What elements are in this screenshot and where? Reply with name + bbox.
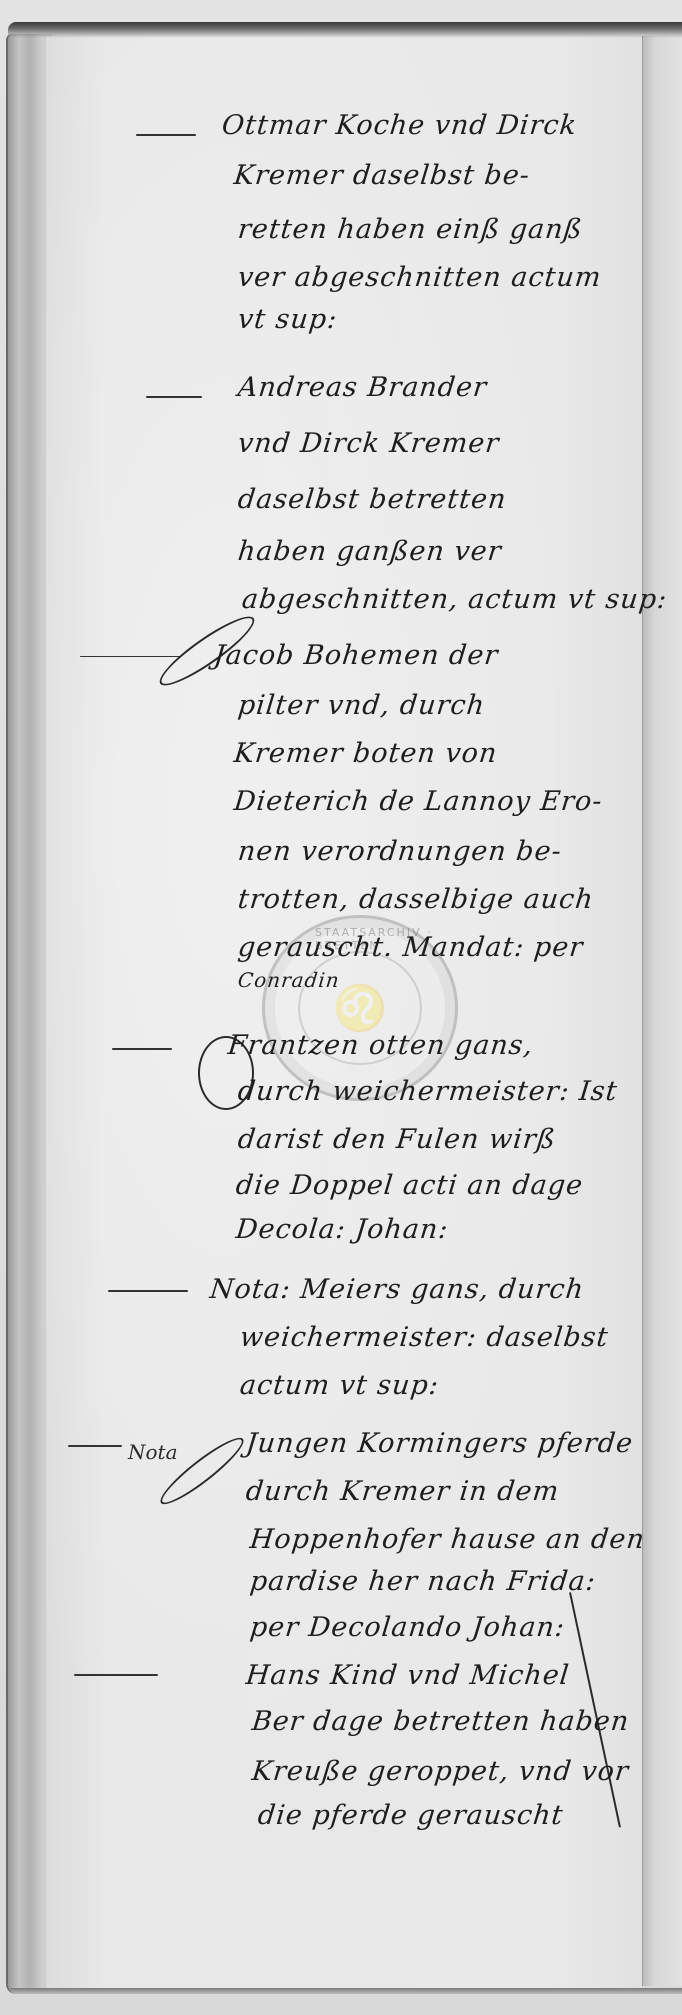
- manuscript-line: Hans Kind vnd Michel: [244, 1660, 571, 1691]
- margin-note-nota: Nota: [128, 1440, 178, 1464]
- manuscript-line: Kremer boten von: [232, 738, 499, 769]
- manuscript-line: die pferde gerauscht: [256, 1800, 565, 1831]
- manuscript-line: Hoppenhofer hause an den: [248, 1524, 646, 1555]
- manuscript-line: Ottmar Koche vnd Dirck: [220, 110, 578, 141]
- manuscript-line: Decola: Johan:: [234, 1214, 450, 1245]
- margin-dash: [108, 1290, 188, 1292]
- manuscript-line: Frantzen otten gans,: [226, 1030, 535, 1061]
- manuscript-line: vnd Dirck Kremer: [236, 428, 501, 459]
- manuscript-line: pilter vnd, durch: [236, 690, 486, 721]
- manuscript-line: Andreas Brander: [236, 372, 488, 403]
- page-top-edge: [8, 22, 682, 38]
- manuscript-line: abgeschnitten, actum vt sup:: [240, 584, 668, 615]
- manuscript-line: die Doppel acti an dage: [234, 1170, 584, 1201]
- manuscript-line: Dieterich de Lannoy Ero-: [232, 786, 604, 817]
- margin-dash: [136, 134, 196, 136]
- margin-dash: [146, 396, 202, 398]
- manuscript-line: per Decolando Johan:: [248, 1612, 566, 1643]
- manuscript-line: durch Kremer in dem: [244, 1476, 561, 1507]
- manuscript-line: vt sup:: [236, 304, 339, 335]
- lion-emblem-icon: ♌: [333, 982, 388, 1034]
- manuscript-line: haben ganßen ver: [236, 536, 503, 567]
- manuscript-line: pardise her nach Frida:: [248, 1566, 597, 1597]
- margin-dash: [74, 1674, 158, 1676]
- manuscript-line: Kreuße geroppet, vnd vor: [250, 1756, 630, 1787]
- adjacent-page-edge: [642, 36, 682, 1986]
- manuscript-line: retten haben einß ganß: [236, 214, 584, 245]
- margin-dash: [112, 1048, 172, 1050]
- manuscript-line: actum vt sup:: [238, 1370, 440, 1401]
- manuscript-line: durch weichermeister: Ist: [236, 1076, 619, 1107]
- manuscript-line: Nota: Meiers gans, durch: [208, 1274, 585, 1305]
- margin-dash: [80, 656, 180, 657]
- manuscript-line: weichermeister: daselbst: [238, 1322, 610, 1353]
- manuscript-line: gerauscht. Mandat: per: [236, 932, 585, 963]
- manuscript-line: ver abgeschnitten actum: [236, 262, 603, 293]
- manuscript-line: Conradin: [237, 968, 341, 992]
- manuscript-line: Kremer daselbst be-: [232, 160, 531, 191]
- manuscript-line: nen verordnungen be-: [236, 836, 563, 867]
- margin-dash: [68, 1445, 122, 1447]
- manuscript-line: darist den Fulen wirß: [236, 1124, 557, 1155]
- manuscript-line: Jacob Bohemen der: [212, 640, 500, 671]
- manuscript-line: Jungen Kormingers pferde: [244, 1428, 634, 1459]
- manuscript-line: daselbst betretten: [236, 484, 508, 515]
- manuscript-line: Ber dage betretten haben: [250, 1706, 631, 1737]
- manuscript-line: trotten, dasselbige auch: [236, 884, 595, 915]
- page-bottom-edge: [10, 1988, 682, 1994]
